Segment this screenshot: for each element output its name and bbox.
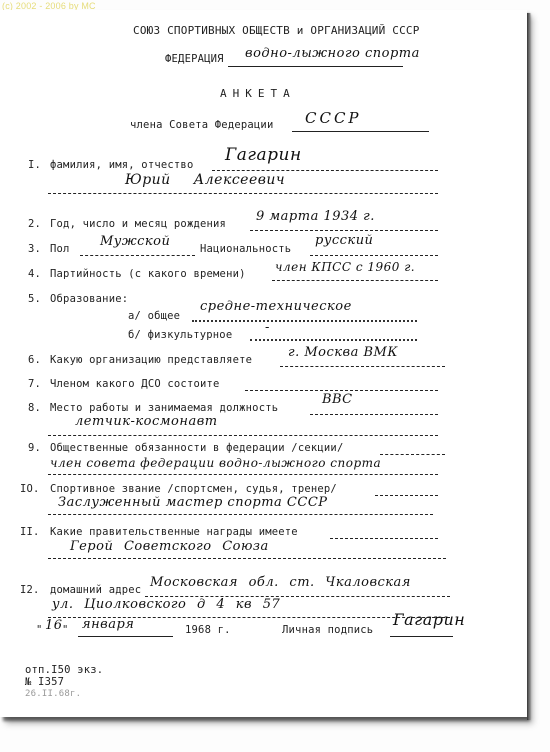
federation-underline	[228, 66, 403, 67]
subtitle-underline	[292, 131, 429, 132]
field-1-dashes-2	[48, 193, 438, 194]
field-1-value-surname: Гагарин	[225, 148, 302, 162]
field-10-label: Спортивное звание /спортсмен, судья, тре…	[50, 482, 337, 496]
field-8-dashes	[310, 414, 438, 415]
field-4-dashes	[272, 280, 438, 281]
field-7-dashes	[245, 390, 438, 391]
field-11-dashes-2	[48, 558, 446, 559]
field-11-dashes	[330, 538, 438, 539]
date-day: 16	[45, 619, 63, 633]
date-year: 1968 г.	[185, 623, 231, 637]
field-9-label: Общественные обязанности в федерации /се…	[50, 441, 343, 455]
field-10-dashes	[375, 495, 438, 496]
field-11-label: Какие правительственные награды имеете	[50, 525, 298, 539]
field-9-value: член совета федерации водно-лыжного спор…	[50, 456, 381, 470]
field-12-value: Московская обл. ст. Чкаловская	[150, 576, 411, 590]
field-4-value: член КПСС с 1960 г.	[275, 260, 415, 274]
field-5a-dots	[192, 320, 417, 322]
field-3-dashes	[80, 255, 195, 256]
field-5b-value: -	[265, 321, 270, 335]
field-7-number: 7.	[28, 377, 41, 391]
field-3-number: 3.	[28, 242, 41, 256]
field-5a-label: а/ общее	[128, 309, 180, 323]
field-1-value-name: Юрий Алексеевич	[125, 173, 285, 187]
field-4-number: 4.	[28, 267, 41, 281]
signature-underline	[390, 636, 453, 637]
field-9-number: 9.	[28, 441, 41, 455]
federation-value: водно-лыжного спорта	[245, 47, 420, 61]
field-2-label: Год, число и месяц рождения	[50, 217, 226, 231]
field-4-label: Партийность (с какого времени)	[50, 267, 246, 281]
field-5b-label: б/ физкультурное	[128, 328, 232, 342]
field-10-value: Заслуженный мастер спорта СССР	[58, 496, 328, 510]
field-2-dashes	[250, 230, 438, 231]
field-8-dashes-2	[48, 435, 438, 436]
signature-label: Личная подпись	[282, 623, 373, 637]
field-5-label: Образование:	[50, 292, 128, 306]
date-open-quote: "	[36, 623, 43, 637]
form-title: АНКЕТА	[220, 87, 296, 101]
field-2-number: 2.	[28, 217, 41, 231]
field-1-label: фамилия, имя, отчество	[50, 158, 193, 172]
field-10-number: IO.	[20, 482, 40, 496]
field-7-label: Членом какого ДСО состоите	[50, 377, 220, 391]
field-11-number: II.	[20, 525, 40, 539]
field-9-dashes	[380, 454, 445, 455]
field-12-label: домашний адрес	[50, 583, 141, 597]
field-3-dashes-2	[310, 255, 438, 256]
field-3-label: Пол	[50, 242, 70, 256]
field-8-value-2: летчик-космонавт	[75, 415, 218, 429]
federation-label: ФЕДЕРАЦИЯ	[165, 52, 224, 66]
field-12-number: I2.	[20, 583, 40, 597]
field-5a-value: средне-техническое	[200, 300, 352, 314]
print-stamp: 26.II.68г.	[25, 687, 81, 701]
field-5b-dots	[250, 339, 417, 341]
field-11-value: Герой Советского Союза	[70, 540, 269, 554]
field-8-number: 8.	[28, 401, 41, 415]
date-month: января	[82, 618, 134, 632]
field-9-dashes-2	[48, 474, 438, 475]
field-1-number: I.	[28, 158, 41, 172]
questionnaire-page: СОЮЗ СПОРТИВНЫХ ОБЩЕСТВ и ОРГАНИЗАЦИЙ СС…	[0, 10, 527, 717]
field-8-value: ВВС	[322, 393, 353, 407]
field-5-number: 5.	[28, 292, 41, 306]
subtitle-value: СССР	[305, 111, 362, 125]
field-1-dashes	[212, 170, 438, 171]
date-month-underline	[78, 636, 173, 637]
signature: Гагарин	[393, 613, 465, 627]
field-8-label: Место работы и занимаемая должность	[50, 401, 278, 415]
subtitle-label: члена Совета Федерации	[130, 118, 273, 132]
field-2-value: 9 марта 1934 г.	[256, 210, 375, 224]
field-6-value: г. Москва ВМК	[288, 346, 398, 360]
field-12-value-2: ул. Циолковского д 4 кв 57	[52, 598, 280, 612]
date-close-quote: "	[62, 623, 69, 637]
field-10-dashes-2	[48, 514, 433, 515]
field-6-label: Какую организацию представляете	[50, 353, 252, 367]
field-6-dashes	[280, 366, 445, 367]
field-3-value: Мужской	[100, 235, 170, 249]
field-3-value-2: русский	[315, 234, 373, 248]
field-6-number: 6.	[28, 353, 41, 367]
field-3-label-2: Национальность	[200, 242, 291, 256]
organization-heading: СОЮЗ СПОРТИВНЫХ ОБЩЕСТВ и ОРГАНИЗАЦИЙ СС…	[133, 24, 420, 38]
